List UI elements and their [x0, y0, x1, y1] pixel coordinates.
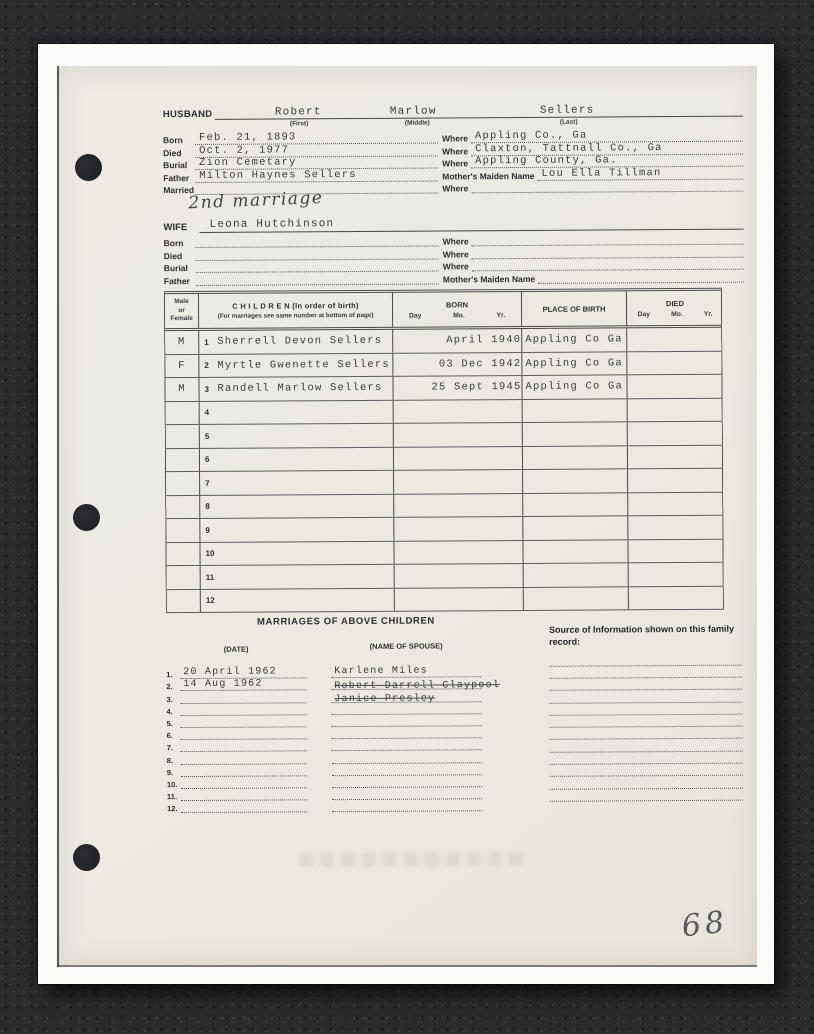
marriage-spouse-line: Janice Presley — [331, 690, 481, 703]
child-row: 8 — [166, 492, 722, 519]
source-lines — [549, 653, 743, 802]
marriage-spouse-line — [332, 763, 482, 776]
field-label: Born — [163, 135, 195, 145]
field-label: Died — [164, 251, 196, 261]
marriage-date-line — [180, 703, 306, 716]
marriage-spouse-line — [332, 787, 482, 800]
source-blank-line — [549, 653, 742, 666]
marriage-date-line — [181, 788, 307, 801]
child-row: M 1 Sherrell Devon Sellers April 1940 Ap… — [165, 328, 721, 355]
marriage-date-header: (DATE) — [166, 644, 306, 654]
field-right-label: Where — [439, 249, 472, 259]
child-row: 11 — [167, 563, 723, 590]
marriages-section-title: MARRIAGES OF ABOVE CHILDREN — [166, 615, 526, 628]
children-table-body: M 1 Sherrell Devon Sellers April 1940 Ap… — [165, 328, 723, 613]
wife-section: WIFE Leona Hutchinson Born Where Died Wh… — [163, 216, 743, 286]
child-sex: M — [178, 336, 186, 348]
child-row-number: 3 — [205, 385, 218, 394]
wife-name: Leona Hutchinson — [209, 218, 334, 231]
name-sublabels: (First) (Middle) (Last) — [215, 117, 743, 130]
marriage-spouse-line — [332, 714, 482, 727]
source-blank-line — [550, 715, 743, 728]
child-row: 4 — [166, 398, 722, 425]
born-day-label: Day — [409, 312, 422, 319]
husband-middle-name: Marlow — [390, 106, 437, 118]
child-row: 12 — [167, 586, 723, 613]
field-right-label: Where — [438, 158, 471, 168]
child-row-number: 6 — [205, 455, 218, 464]
marriage-row-number: 5. — [167, 719, 181, 728]
handwritten-marriage-note: 2nd marriage — [188, 188, 324, 214]
field-value-line — [196, 272, 439, 285]
child-birth-place: Appling Co Ga — [525, 357, 623, 370]
marriage-row-number: 9. — [167, 768, 181, 777]
field-label: Burial — [163, 160, 195, 170]
child-born-date: 03 Dec 1942 — [439, 358, 522, 371]
child-row-number: 11 — [206, 573, 219, 582]
first-sublabel: (First) — [290, 120, 308, 127]
field-right-value-line: Lou Ella Tillman — [537, 167, 743, 180]
marriage-spouse-line — [332, 726, 482, 739]
marriage-spouse-line: Robert Darrell Claypool — [331, 678, 481, 691]
field-value: Zion Cemetary — [199, 157, 297, 170]
child-row: 10 — [166, 539, 722, 566]
field-label: Born — [164, 238, 196, 248]
child-name: Randell Marlow Sellers — [217, 382, 382, 395]
wife-name-line: Leona Hutchinson — [199, 216, 743, 233]
marriage-spouse-name: Karlene Miles — [334, 666, 428, 678]
child-row: 5 — [166, 422, 722, 449]
field-value-line — [196, 260, 439, 273]
page-number: 68 — [680, 904, 730, 944]
marriage-date: 14 Aug 1962 — [183, 679, 262, 690]
child-name: Myrtle Gwenette Sellers — [217, 359, 390, 372]
marriage-date-line — [181, 727, 307, 740]
husband-section: HUSBAND Robert Marlow Sellers (First) (M… — [163, 104, 744, 195]
born-month-label: Mo. — [453, 312, 465, 319]
child-row-number: 4 — [205, 408, 218, 417]
children-table-header: Male or Female C H I L D R E N (In order… — [165, 291, 721, 331]
field-value: Feb. 21, 1893 — [199, 132, 297, 145]
field-label: Father — [163, 173, 195, 183]
source-blank-line — [550, 764, 743, 777]
source-blank-line — [549, 678, 742, 691]
child-row-number: 5 — [205, 432, 218, 441]
child-born-date: 25 Sept 1945 — [431, 381, 521, 394]
field-label: Died — [163, 148, 195, 158]
field-right-value: Appling Co., Ga — [475, 130, 588, 143]
last-sublabel: (Last) — [560, 119, 578, 126]
marriage-row-number: 10. — [167, 780, 181, 789]
marriage-spouse-line — [332, 751, 482, 764]
child-row: 6 — [166, 445, 722, 472]
field-right-label: Mother's Maiden Name — [439, 273, 538, 284]
marriage-date-line: 14 Aug 1962 — [180, 679, 306, 692]
child-row: 7 — [166, 469, 722, 496]
child-row-number: 9 — [205, 526, 218, 535]
child-row: F 2 Myrtle Gwenette Sellers 03 Dec 1942 … — [165, 351, 721, 378]
marriage-date-line — [181, 740, 307, 753]
scanned-form-page: HUSBAND Robert Marlow Sellers (First) (M… — [57, 66, 757, 967]
sex-column-header: Male or Female — [165, 294, 199, 328]
marriage-date-line: 20 April 1962 — [180, 667, 306, 680]
scan-background: { "husband": { "label": "HUSBAND", "firs… — [0, 0, 814, 1034]
field-value-line — [196, 235, 439, 248]
marriage-date-line — [181, 776, 307, 789]
marriage-date-line — [181, 764, 307, 777]
marriage-date-line — [181, 801, 307, 814]
form-content: HUSBAND Robert Marlow Sellers (First) (M… — [55, 64, 760, 969]
died-month-label: Mo. — [671, 311, 683, 318]
died-column-header: DIED Day Mo. Yr. — [627, 291, 723, 326]
field-right-label: Where — [438, 183, 471, 193]
child-row-number: 12 — [206, 596, 219, 605]
wife-field-rows: Born Where Died Where Burial Where — [164, 233, 744, 286]
children-column-header: C H I L D R E N (In order of birth) (For… — [199, 293, 393, 328]
marriage-row-number: 8. — [167, 756, 181, 765]
child-birth-place: Appling Co Ga — [525, 334, 623, 347]
source-blank-line — [550, 739, 743, 752]
field-right-value-line — [472, 245, 744, 259]
died-day-label: Day — [638, 311, 651, 318]
wife-section-label: WIFE — [164, 222, 200, 233]
field-right-value: Claxton, Tattnall Co., Ga — [475, 142, 663, 155]
marriage-row-number: 11. — [167, 792, 181, 801]
child-born-date: April 1940 — [446, 334, 521, 346]
marriage-spouse-line: Karlene Miles — [331, 665, 481, 678]
field-right-value: Lou Ella Tillman — [541, 167, 661, 180]
husband-last-name: Sellers — [540, 105, 595, 117]
source-blank-line — [550, 751, 743, 764]
marriage-spouse-line — [332, 799, 482, 812]
child-row-number: 1 — [204, 338, 217, 347]
child-sex: F — [178, 360, 186, 372]
child-birth-place: Appling Co Ga — [525, 381, 623, 394]
marriage-date-line — [181, 715, 307, 728]
field-right-label: Where — [438, 146, 471, 156]
child-row-number: 2 — [204, 361, 217, 370]
marriage-row-number: 7. — [167, 743, 181, 752]
born-column-header: BORN Day Mo. Yr. — [393, 292, 522, 327]
marriage-date: 20 April 1962 — [183, 667, 277, 679]
bleed-through-smudge — [299, 852, 527, 866]
marriage-rows: 1. 20 April 1962 Karlene Miles 2. 14 Aug… — [166, 665, 482, 813]
marriage-date-line — [181, 752, 307, 765]
child-sex: M — [178, 383, 186, 395]
field-right-value-line — [472, 258, 744, 272]
born-year-label: Yr. — [496, 312, 505, 319]
marriage-row-number: 3. — [166, 695, 180, 704]
child-row: 9 — [166, 516, 722, 543]
marriage-row-number: 12. — [167, 804, 181, 813]
source-blank-line — [549, 665, 742, 678]
child-row-number: 8 — [205, 502, 218, 511]
place-of-birth-column-header: PLACE OF BIRTH — [522, 291, 627, 326]
husband-first-name: Robert — [275, 106, 322, 118]
field-right-value-line — [538, 270, 744, 283]
field-value: Oct. 2, 1977 — [199, 144, 289, 157]
source-label: Source of Information shown on this fami… — [549, 624, 742, 649]
field-right-label: Where — [439, 261, 472, 271]
white-mat-border: HUSBAND Robert Marlow Sellers (First) (M… — [38, 44, 774, 984]
field-value-line — [196, 247, 439, 260]
source-blank-line — [550, 776, 743, 789]
source-blank-line — [550, 727, 743, 740]
field-value-line: Milton Haynes Sellers — [195, 169, 438, 182]
marriage-row-number: 1. — [166, 670, 180, 679]
source-blank-line — [549, 690, 742, 703]
marriage-spouse-line — [332, 739, 482, 752]
field-right-value-line — [472, 233, 744, 247]
marriage-spouse-header: (NAME OF SPOUSE) — [331, 641, 481, 651]
source-of-information-section: Source of Information shown on this fami… — [549, 624, 743, 802]
marriage-row-number: 4. — [166, 707, 180, 716]
child-row: M 3 Randell Marlow Sellers 25 Sept 1945 … — [165, 375, 721, 402]
field-right-label: Where — [439, 237, 472, 247]
husband-section-label: HUSBAND — [163, 109, 215, 120]
middle-sublabel: (Middle) — [405, 120, 430, 127]
field-right-label: Where — [438, 134, 471, 144]
marriage-spouse-line — [331, 702, 481, 715]
field-right-label: Mother's Maiden Name — [438, 170, 537, 181]
child-row-number: 10 — [206, 549, 219, 558]
marriage-row-number: 2. — [166, 682, 180, 691]
field-label: Father — [164, 276, 196, 286]
source-blank-line — [550, 788, 743, 801]
field-value: Milton Haynes Sellers — [199, 169, 357, 182]
field-right-value-line — [471, 180, 743, 194]
husband-field-rows: Born Feb. 21, 1893 Where Appling Co., Ga… — [163, 130, 743, 195]
field-label: Burial — [164, 263, 196, 273]
marriage-spouse-line — [332, 775, 482, 788]
child-row-number: 7 — [205, 479, 218, 488]
field-right-value: Appling County, Ga. — [475, 155, 618, 168]
source-blank-line — [549, 702, 742, 715]
marriage-row: 12. — [167, 799, 482, 813]
children-table: Male or Female C H I L D R E N (In order… — [164, 288, 724, 613]
died-year-label: Yr. — [704, 310, 713, 317]
field-value-line: Feb. 21, 1893 — [195, 132, 438, 145]
marriage-date-line — [180, 691, 306, 704]
marriage-row-number: 6. — [167, 731, 181, 740]
field-value-line: Oct. 2, 1977 — [195, 144, 438, 157]
child-name: Sherrell Devon Sellers — [217, 335, 382, 348]
